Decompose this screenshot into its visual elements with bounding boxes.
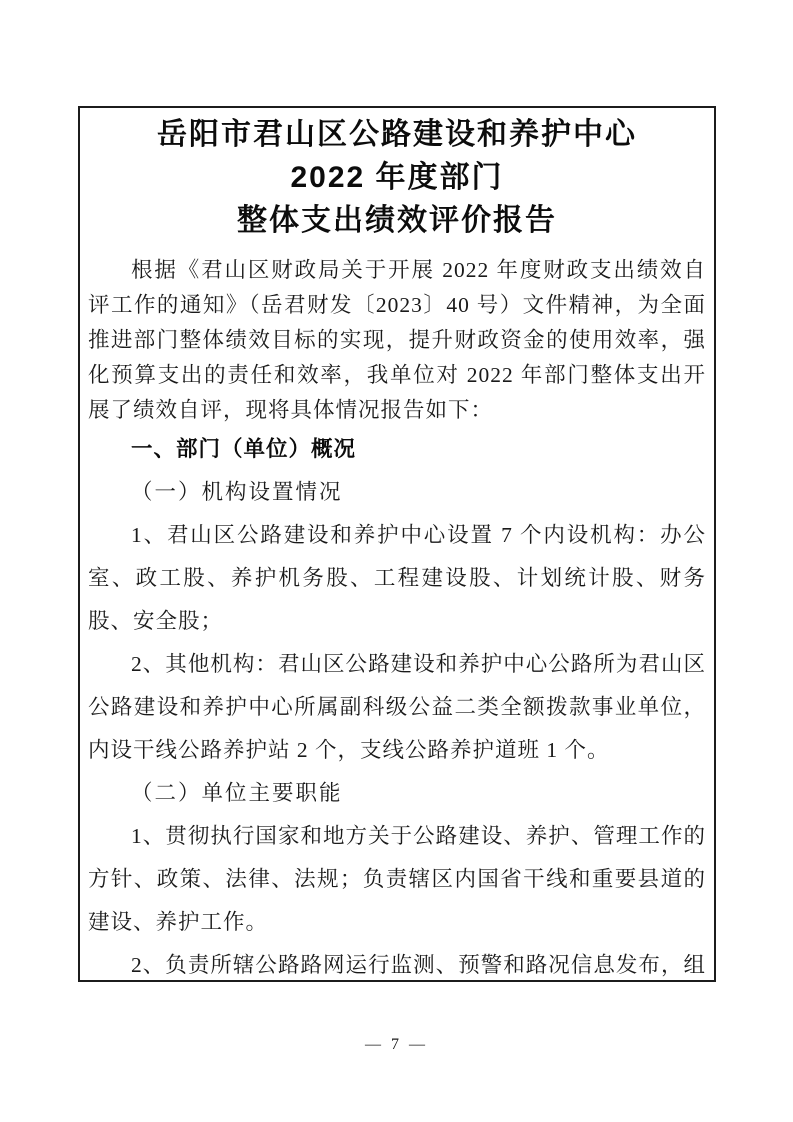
title-line-year: 2022 年度部门: [88, 156, 706, 199]
document-title: 岳阳市君山区公路建设和养护中心 2022 年度部门 整体支出绩效评价报告: [88, 113, 706, 242]
intro-paragraph: 根据《君山区财政局关于开展 2022 年度财政支出绩效自评工作的通知》（岳君财发…: [88, 253, 706, 428]
document-border-frame: 岳阳市君山区公路建设和养护中心 2022 年度部门 整体支出绩效评价报告 根据《…: [78, 106, 716, 982]
body-paragraph-function-2: 2、负责所辖公路路网运行监测、预警和路况信息发布，组织实施公路应急物资储备、应急…: [88, 944, 706, 982]
subsection-heading-main-functions: （二）单位主要职能: [88, 772, 706, 815]
body-paragraph-internal-orgs: 1、君山区公路建设和养护中心设置 7 个内设机构：办公室、政工股、养护机务股、工…: [88, 514, 706, 643]
title-line-org: 岳阳市君山区公路建设和养护中心: [88, 113, 706, 156]
document-page: { "document": { "title_lines": [ "岳阳市君山区…: [0, 0, 793, 1122]
body-paragraph-other-orgs: 2、其他机构：君山区公路建设和养护中心公路所为君山区公路建设和养护中心所属副科级…: [88, 643, 706, 772]
page-number: — 7 —: [0, 1036, 793, 1054]
title-line-report: 整体支出绩效评价报告: [88, 199, 706, 242]
body-paragraph-function-1: 1、贯彻执行国家和地方关于公路建设、养护、管理工作的方针、政策、法律、法规；负责…: [88, 815, 706, 944]
section-heading-overview: 一、部门（单位）概况: [88, 428, 706, 471]
subsection-heading-org-setup: （一）机构设置情况: [88, 471, 706, 514]
